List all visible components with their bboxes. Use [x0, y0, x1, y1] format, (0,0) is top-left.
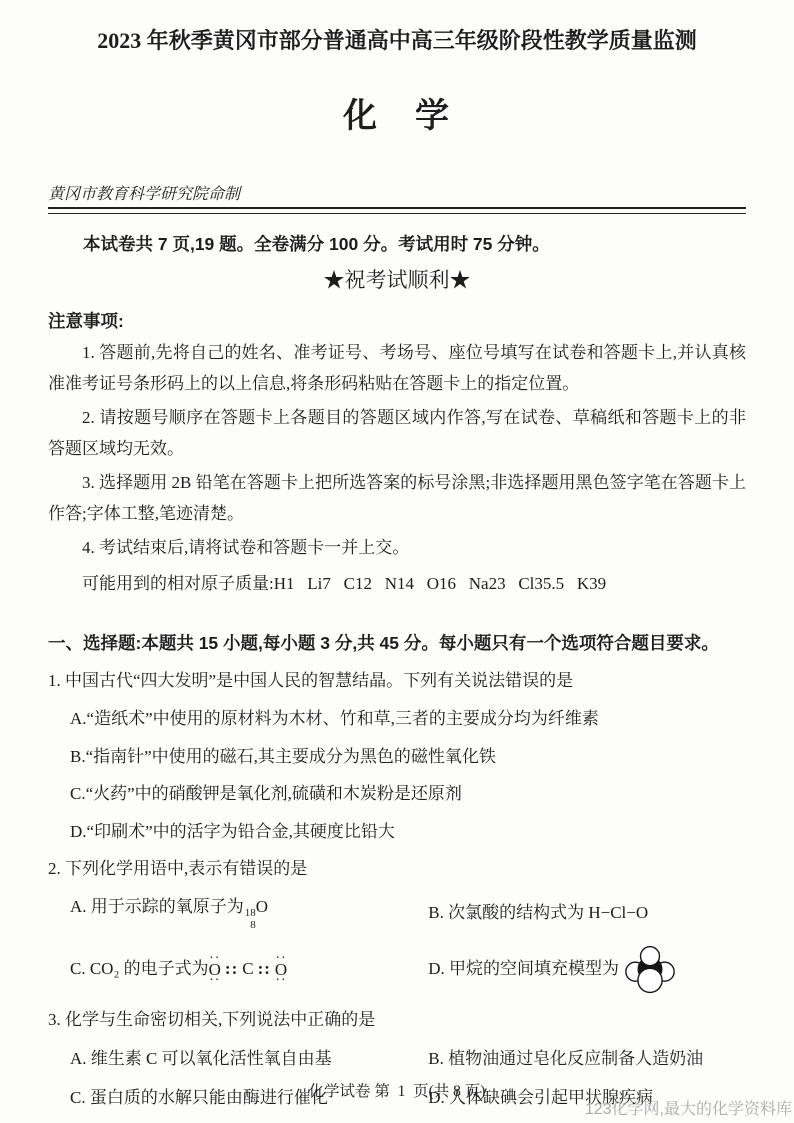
double-rule-divider [48, 207, 746, 214]
isotope-notation: 188 [245, 908, 256, 931]
exam-info: 本试卷共 7 页,19 题。全卷满分 100 分。考试用时 75 分钟。 [48, 230, 746, 258]
page-title: 2023 年秋季黄冈市部分普通高中高三年级阶段性教学质量监测 [48, 26, 746, 56]
watermark-text: 123化学网,最大的化学资料库 [585, 1096, 792, 1119]
question-1-option-c: C.“火药”中的硝酸钾是氧化剂,硫磺和木炭粉是还原剂 [48, 781, 746, 807]
question-2-option-d: D. 甲烷的空间填充模型为 [428, 945, 746, 995]
subject-title: 化 学 [48, 88, 746, 137]
question-2-option-c: C. CO₂ 的电子式为··O··::C::··O·· [70, 954, 428, 986]
question-1-option-d: D.“印刷术”中的活字为铅合金,其硬度比铅大 [48, 819, 746, 845]
issuer-line: 黄冈市教育科学研究院命制 [48, 185, 746, 204]
question-3-stem: 3. 化学与生命密切相关,下列说法中正确的是 [48, 1006, 746, 1033]
notice-item: 4. 考试结束后,请将试卷和答题卡一并上交。 [48, 533, 746, 564]
double-bond-dots: :: [258, 959, 271, 978]
question-1-option-b: B.“指南针”中使用的磁石,其主要成分为黑色的磁性氧化铁 [48, 744, 746, 770]
option-a-text: A. 用于示踪的氧原子为 [70, 897, 244, 916]
oxygen-atom-with-lone-pairs: ··O·· [275, 954, 287, 986]
notice-item: 2. 请按题号顺序在答题卡上各题目的答题区域内作答,写在试卷、草稿纸和答题卡上的… [48, 403, 746, 465]
question-3-option-b: B. 植物油通过皂化反应制备人造奶油 [428, 1046, 746, 1072]
question-3-option-a: A. 维生素 C 可以氧化活性氧自由基 [70, 1046, 428, 1072]
question-2: 2. 下列化学用语中,表示有错误的是 A. 用于示踪的氧原子为188O B. 次… [48, 855, 746, 995]
question-2-option-b: B. 次氯酸的结构式为 H−Cl−O [428, 900, 746, 926]
atomic-masses-line: 可能用到的相对原子质量:H1 Li7 C12 N14 O16 Na23 Cl35… [48, 569, 746, 600]
question-2-stem: 2. 下列化学用语中,表示有错误的是 [48, 855, 746, 882]
notice-title: 注意事项: [48, 307, 746, 335]
exam-wish: ★祝考试顺利★ [48, 266, 746, 295]
option-c-text: C. CO₂ 的电子式为 [70, 959, 209, 978]
question-1: 1. 中国古代“四大发明”是中国人民的智慧结晶。下列有关说法错误的是 A.“造纸… [48, 667, 746, 844]
element-symbol: O [256, 897, 268, 916]
lewis-structure-co2: ··O··::C::··O·· [209, 959, 288, 978]
lone-pair-dots: ·· [275, 976, 286, 986]
question-1-stem: 1. 中国古代“四大发明”是中国人民的智慧结晶。下列有关说法错误的是 [48, 667, 746, 694]
section-1-heading: 一、选择题:本题共 15 小题,每小题 3 分,共 45 分。每小题只有一个选项… [48, 630, 746, 656]
option-d-text: D. 甲烷的空间填充模型为 [428, 959, 619, 978]
double-bond-dots: :: [225, 959, 238, 978]
lone-pair-dots: ·· [209, 976, 220, 986]
atomic-number: 8 [250, 920, 256, 932]
notice-item: 3. 选择题用 2B 铅笔在答题卡上把所选答案的标号涂黑;非选择题用黑色签字笔在… [48, 468, 746, 530]
exam-paper-page: 2023 年秋季黄冈市部分普通高中高三年级阶段性教学质量监测 化 学 黄冈市教育… [0, 0, 794, 1123]
oxygen-atom-with-lone-pairs: ··O·· [209, 954, 221, 986]
notice-item: 1. 答题前,先将自己的姓名、准考证号、考场号、座位号填写在试卷和答题卡上,并认… [48, 338, 746, 400]
carbon-symbol: C [242, 959, 253, 978]
question-1-option-a: A.“造纸术”中使用的原材料为木材、竹和草,三者的主要成分均为纤维素 [48, 706, 746, 732]
question-2-option-a: A. 用于示踪的氧原子为188O [70, 894, 428, 931]
page-content: 2023 年秋季黄冈市部分普通高中高三年级阶段性教学质量监测 化 学 黄冈市教育… [0, 0, 794, 1111]
methane-space-filling-model-icon [623, 945, 677, 995]
